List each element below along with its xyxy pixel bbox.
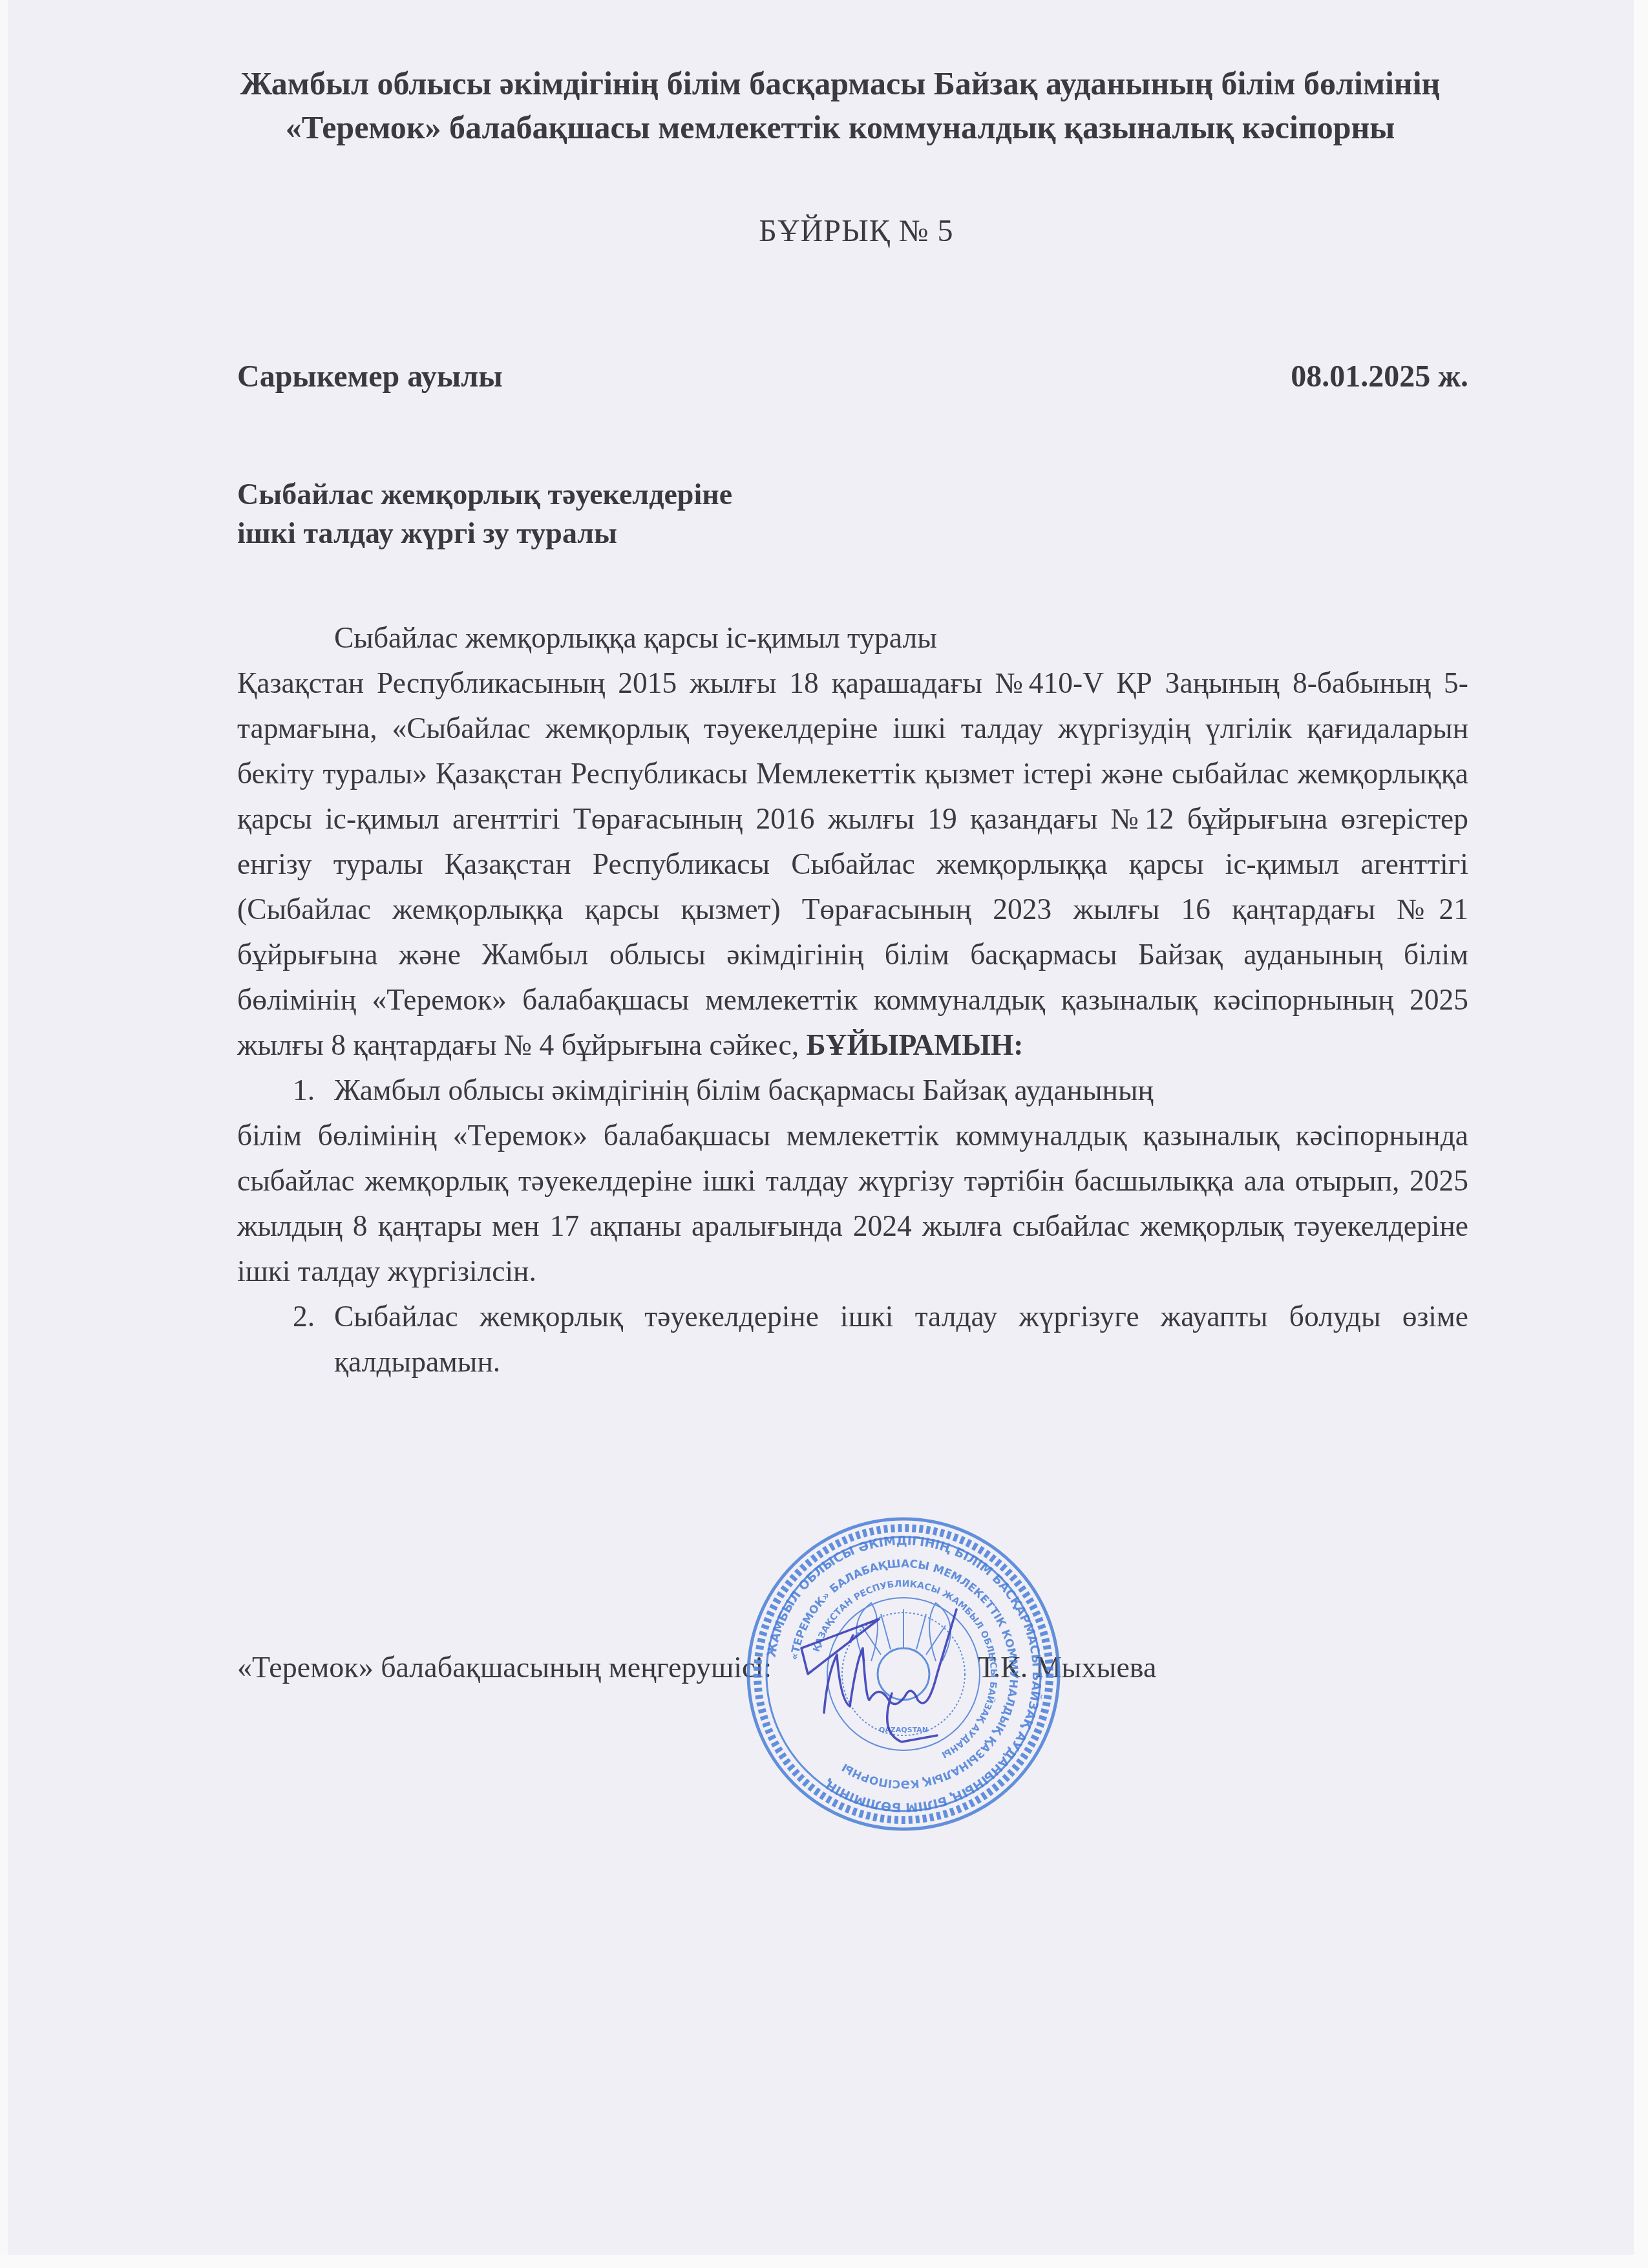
order-item-1: 1. Жамбыл облысы әкімдігінің білім басқа… <box>237 1068 1468 1113</box>
subject-line-2: ішкі талдау жүргі зу туралы <box>237 514 732 553</box>
header-line-2: «Теремок» балабақшасы мемлекеттік коммун… <box>194 105 1486 149</box>
item-number: 1. <box>237 1068 334 1113</box>
subject-line-1: Сыбайлас жемқорлық тәуекелдеріне <box>237 475 732 514</box>
organization-header: Жамбыл облысы әкімдігінің білім басқарма… <box>194 61 1486 149</box>
order-body: Сыбайлас жемқорлыққа қарсы іс-қимыл тура… <box>237 615 1468 1384</box>
order-date: 08.01.2025 ж. <box>1291 359 1468 394</box>
item-first-line: Жамбыл облысы әкімдігінің білім басқарма… <box>334 1068 1468 1113</box>
intro-first-line: Сыбайлас жемқорлыққа қарсы іс-қимыл тура… <box>237 615 1468 661</box>
intro-text: Қазақстан Республикасының 2015 жылғы 18 … <box>237 666 1468 1061</box>
item-1-continuation: білім бөлімінің «Теремок» балабақшасы ме… <box>237 1113 1468 1294</box>
item-text: Сыбайлас жемқорлық тәуекелдеріне ішкі та… <box>334 1294 1468 1384</box>
decree-word: БҰЙЫРАМЫН: <box>806 1028 1023 1061</box>
item-number: 2. <box>237 1294 334 1384</box>
order-item-2: 2. Сыбайлас жемқорлық тәуекелдеріне ішкі… <box>237 1294 1468 1384</box>
scan-edge-left <box>0 0 8 2268</box>
order-place: Сарыкемер ауылы <box>237 359 503 394</box>
scan-edge-right <box>1634 0 1648 2268</box>
signatory-position: «Теремок» балабақшасының меңгерушісі: <box>237 1650 772 1684</box>
place-date-row: Сарыкемер ауылы 08.01.2025 ж. <box>237 359 1468 394</box>
handwritten-signature-icon <box>788 1603 982 1752</box>
scan-edge-bottom <box>0 2255 1648 2268</box>
header-line-1: Жамбыл облысы әкімдігінің білім басқарма… <box>194 61 1486 105</box>
order-subject: Сыбайлас жемқорлық тәуекелдеріне ішкі та… <box>237 475 732 553</box>
order-title: БҰЙРЫҚ № 5 <box>0 213 1648 249</box>
intro-paragraph: Қазақстан Республикасының 2015 жылғы 18 … <box>237 661 1468 1068</box>
